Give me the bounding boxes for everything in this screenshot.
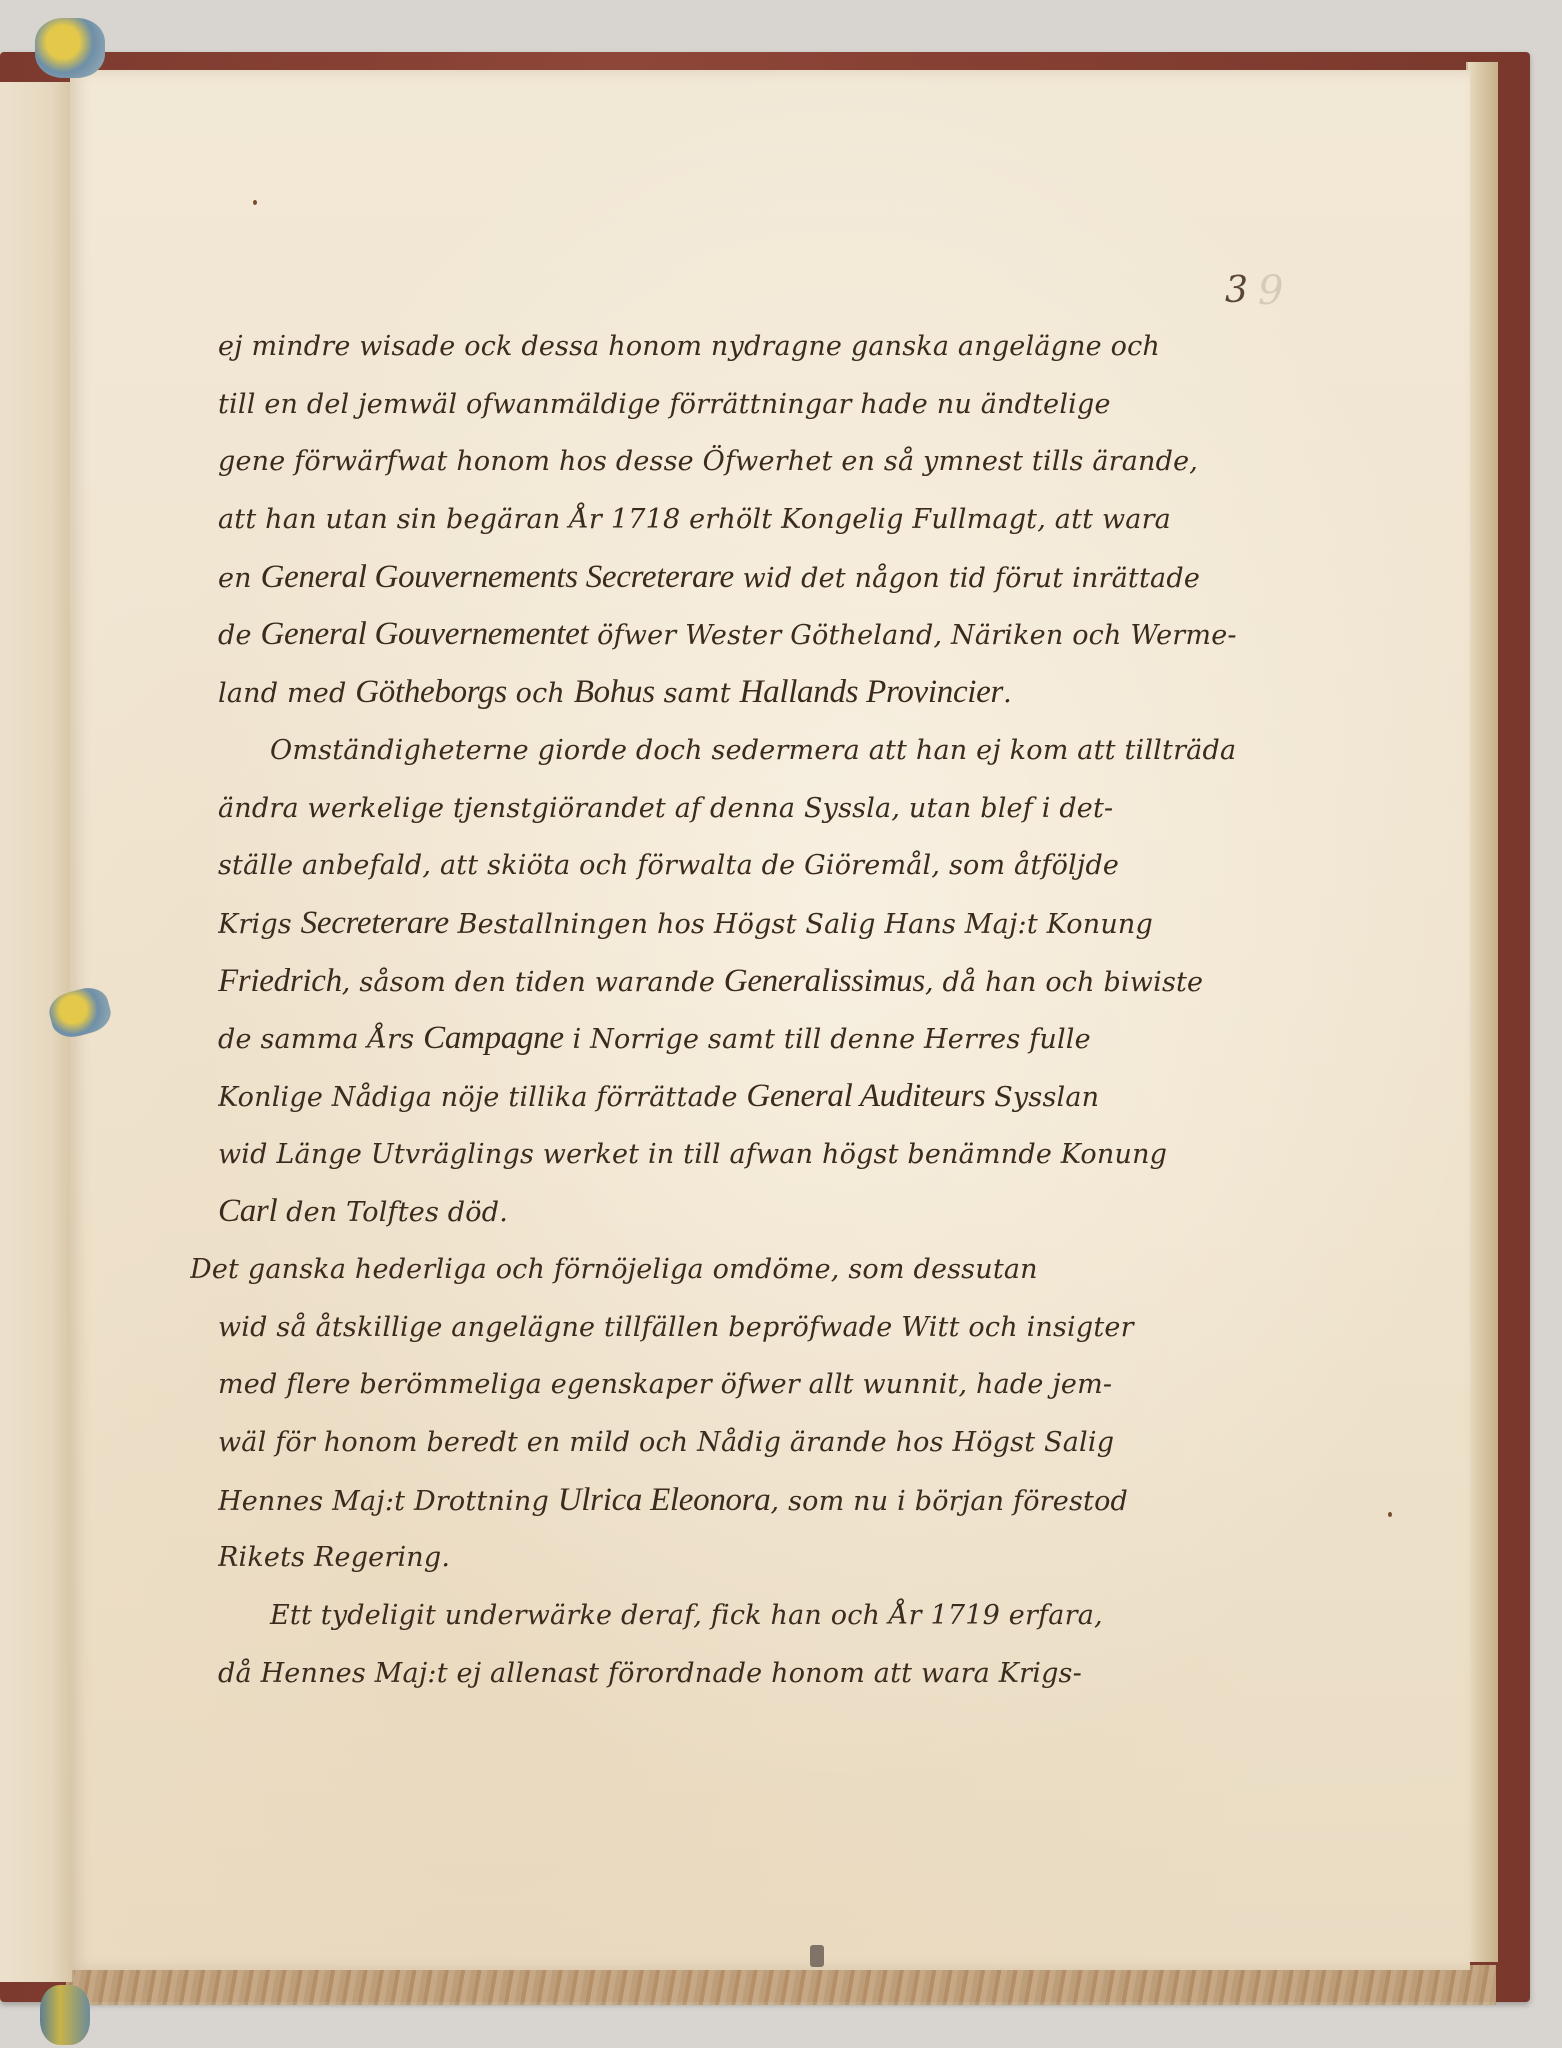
text-line: Hennes Maj:t Drottning Ulrica Eleonora, … [218, 1472, 1328, 1530]
binding-thread-icon [35, 18, 105, 78]
text-line: Ett tydeligit underwärke deraf, fick han… [218, 1587, 1328, 1645]
text-line: Konlige Nådiga nöje tillika förrättade G… [218, 1068, 1328, 1126]
text-line: till en del jemwäl ofwanmäldige förrättn… [218, 376, 1328, 434]
text-line: att han utan sin begäran År 1718 erhölt … [218, 491, 1328, 549]
ink-speck [253, 200, 257, 205]
latin-script-term: Götheborgs [355, 674, 507, 710]
text-line: då Hennes Maj:t ej allenast förordnade h… [218, 1645, 1328, 1703]
text-line: wid så åtskillige angelägne tillfällen b… [218, 1299, 1328, 1357]
text-line: Det ganska hederliga och förnöjeliga omd… [190, 1241, 1328, 1299]
latin-script-term: General Gouvernementet [260, 616, 588, 652]
text-line: gene förwärfwat honom hos desse Öfwerhet… [218, 433, 1328, 491]
text-line: wäl för honom beredt en mild och Nådig ä… [218, 1414, 1328, 1472]
marbled-page-edge [66, 1965, 1496, 2005]
text-line: Rikets Regering. [218, 1529, 1328, 1587]
text-line: med flere berömmeliga egenskaper öfwer a… [218, 1356, 1328, 1414]
latin-script-term: Carl [218, 1193, 277, 1229]
latin-script-term: Bohus [574, 674, 655, 710]
manuscript-text: ej mindre wisade ock dessa honom nydragn… [218, 318, 1328, 1703]
text-line: land med Götheborgs och Bohus samt Halla… [218, 664, 1328, 722]
latin-script-term: Secreterare [301, 905, 449, 941]
text-line: de General Gouvernementet öfwer Wester G… [218, 606, 1328, 664]
latin-script-term: Campagne [423, 1020, 564, 1056]
latin-script-term: Friedrich [218, 963, 342, 999]
text-line: Friedrich, såsom den tiden warande Gener… [218, 953, 1328, 1011]
text-line: en General Gouvernements Secreterare wid… [218, 549, 1328, 607]
text-line: Carl den Tolftes död. [218, 1183, 1328, 1241]
folio-bleedthrough: 9 [1258, 268, 1283, 314]
latin-script-term: General Auditeurs [746, 1078, 985, 1114]
folio-number: 3 [1225, 270, 1248, 311]
latin-script-term: Ulrica Eleonora [558, 1482, 771, 1518]
ink-stain [810, 1945, 824, 1967]
text-line: ändra werkelige tjenstgiörandet af denna… [218, 780, 1328, 838]
latin-script-term: Hallands Provincier [740, 674, 1003, 710]
ink-speck [1388, 1512, 1392, 1517]
text-line: Omständigheterne giorde doch sedermera a… [218, 722, 1328, 780]
text-line: ej mindre wisade ock dessa honom nydragn… [218, 318, 1328, 376]
text-line: Krigs Secreterare Bestallningen hos Högs… [218, 895, 1328, 953]
text-line: ställe anbefald, att skiöta och förwalta… [218, 837, 1328, 895]
text-line: de samma Års Campagne i Norrige samt til… [218, 1010, 1328, 1068]
manuscript-scan: 3 9 ej mindre wisade ock dessa honom nyd… [0, 0, 1562, 2048]
binding-thread-icon [40, 1985, 90, 2045]
page-edge-right [1466, 62, 1498, 1962]
latin-script-term: General Gouvernements Secreterare [261, 559, 734, 595]
text-line: wid Länge Utvräglings werket in till afw… [218, 1126, 1328, 1184]
latin-script-term: Generalissimus [724, 963, 925, 999]
